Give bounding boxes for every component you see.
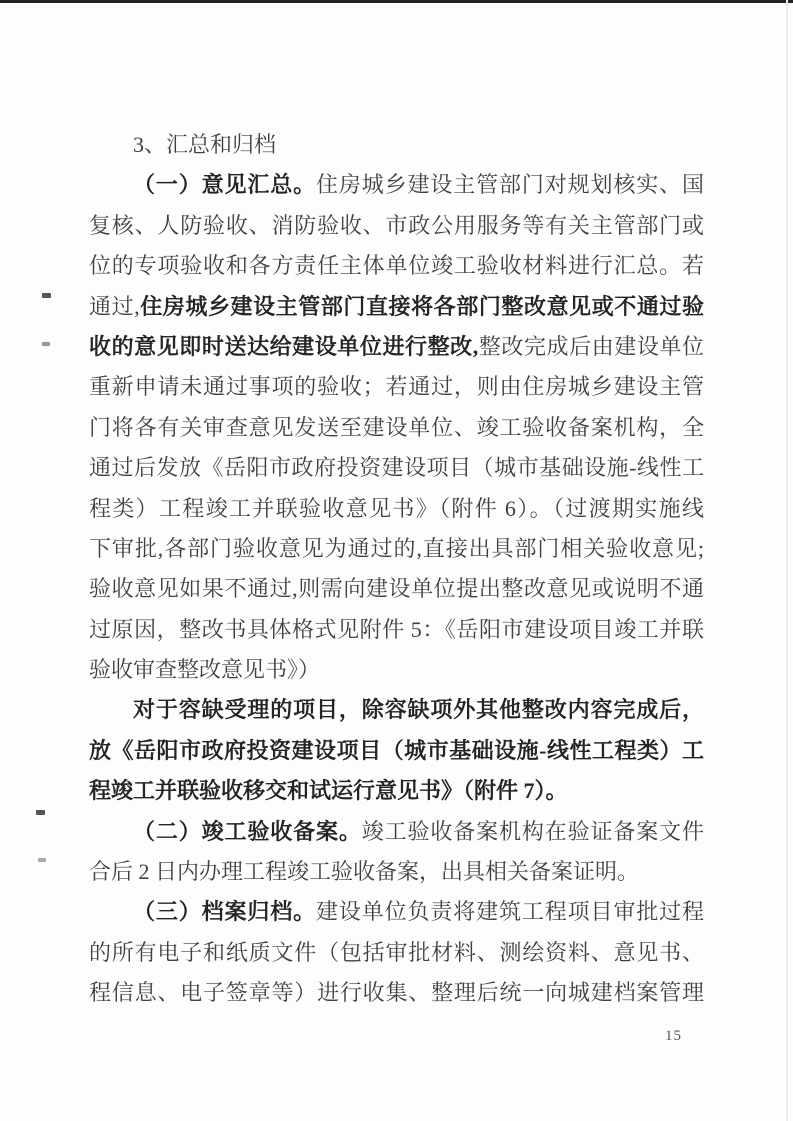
bold-text-run: 程竣工并联验收移交和试运行意见书》（附件 7）。	[89, 778, 568, 803]
text-run: 验收意见如果不通过,则需向建设单位提出整改意见或说明不通	[89, 576, 704, 601]
scanned-document-page: 3、汇总和归档（一）意见汇总。住房城乡建设主管部门对规划核实、国土复核、人防验收…	[0, 0, 793, 1121]
margin-mark	[36, 810, 45, 815]
text-line: 程类）工程竣工并联验收意见书》（附件 6）。（过渡期实施线	[89, 489, 704, 529]
text-run: 验收审查整改意见书》）	[89, 657, 320, 682]
text-line: 合后 2 日内办理工程竣工验收备案，出具相关备案证明。	[89, 852, 704, 892]
text-line: 通过后发放《岳阳市政府投资建设项目（城市基础设施-线性工	[89, 448, 704, 488]
text-line: 验收审查整改意见书》）	[89, 650, 704, 690]
bold-text-run: （三）档案归档。	[133, 899, 316, 924]
text-line: （二）竣工验收备案。竣工验收备案机构在验证备案文件符	[89, 812, 704, 852]
text-run: 的所有电子和纸质文件（包括审批材料、测绘资料、意见书、流	[89, 940, 704, 973]
text-run: 合后 2 日内办理工程竣工验收备案，出具相关备案证明。	[89, 859, 639, 884]
text-run: 通过后发放《岳阳市政府投资建设项目（城市基础设施-线性工	[89, 455, 704, 480]
bold-text-run: （二）竣工验收备案。	[133, 819, 362, 844]
bold-text-run: （一）意见汇总。	[133, 172, 316, 197]
text-line: 重新申请未通过事项的验收；若通过，则由住房城乡建设主管部	[89, 367, 704, 407]
text-line: 对于容缺受理的项目，除容缺项外其他整改内容完成后，发	[89, 690, 704, 730]
text-line: 放《岳阳市政府投资建设项目（城市基础设施-线性工程类）工	[89, 731, 704, 771]
text-line: 程信息、电子签章等）进行收集、整理后统一向城建档案管理机	[89, 973, 704, 1013]
text-line: 验收意见如果不通过,则需向建设单位提出整改意见或说明不通	[89, 569, 704, 609]
text-line: 收的意见即时送达给建设单位进行整改,整改完成后由建设单位	[89, 327, 704, 367]
bold-text-run: 对于容缺受理的项目，除容缺项外其他整改内容完成后，发	[89, 697, 704, 730]
text-run: 通过,	[89, 294, 140, 319]
text-run: 程信息、电子签章等）进行收集、整理后统一向城建档案管理机	[89, 980, 704, 1013]
text-line: 的所有电子和纸质文件（包括审批材料、测绘资料、意见书、流	[89, 933, 704, 973]
text-line: （一）意见汇总。住房城乡建设主管部门对规划核实、国土	[89, 165, 704, 205]
text-line: 位的专项验收和各方责任主体单位竣工验收材料进行汇总。若未	[89, 246, 704, 286]
text-run: 重新申请未通过事项的验收；若通过，则由住房城乡建设主管部	[89, 374, 704, 407]
margin-mark	[42, 293, 51, 298]
bold-text-run: 放《岳阳市政府投资建设项目（城市基础设施-线性工程类）工	[89, 738, 704, 763]
document-text-block: 3、汇总和归档（一）意见汇总。住房城乡建设主管部门对规划核实、国土复核、人防验收…	[89, 125, 704, 1014]
text-line: 下审批,各部门验收意见为通过的,直接出具部门相关验收意见;	[89, 529, 704, 569]
text-line: 复核、人防验收、消防验收、市政公用服务等有关主管部门或单	[89, 206, 704, 246]
text-line: （三）档案归档。建设单位负责将建筑工程项目审批过程中	[89, 892, 704, 932]
text-run: 复核、人防验收、消防验收、市政公用服务等有关主管部门或单	[89, 213, 704, 246]
margin-mark	[38, 858, 46, 862]
page-number: 15	[665, 1028, 682, 1045]
text-run: 整改完成后由建设单位	[478, 334, 704, 359]
text-run: 下审批,各部门验收意见为通过的,直接出具部门相关验收意见;	[89, 536, 704, 561]
scan-top-edge	[0, 0, 793, 3]
text-run: 门将各有关审查意见发送至建设单位、竣工验收备案机构，全部	[89, 415, 704, 448]
scan-right-edge	[786, 0, 788, 1121]
text-run: 位的专项验收和各方责任主体单位竣工验收材料进行汇总。若未	[89, 253, 704, 286]
bold-text-run: 收的意见即时送达给建设单位进行整改,	[89, 334, 478, 359]
text-run: 程类）工程竣工并联验收意见书》（附件 6）。（过渡期实施线	[89, 496, 704, 521]
text-line: 程竣工并联验收移交和试运行意见书》（附件 7）。	[89, 771, 704, 811]
text-line: 3、汇总和归档	[89, 125, 704, 165]
bold-text-run: 住房城乡建设主管部门直接将各部门整改意见或不通过验	[140, 294, 704, 319]
margin-mark	[42, 342, 50, 346]
text-line: 通过,住房城乡建设主管部门直接将各部门整改意见或不通过验	[89, 287, 704, 327]
text-run: 过原因，整改书具体格式见附件 5：《岳阳市建设项目竣工并联	[89, 617, 704, 642]
text-line: 过原因，整改书具体格式见附件 5：《岳阳市建设项目竣工并联	[89, 610, 704, 650]
text-run: 3、汇总和归档	[133, 132, 276, 157]
text-line: 门将各有关审查意见发送至建设单位、竣工验收备案机构，全部	[89, 408, 704, 448]
